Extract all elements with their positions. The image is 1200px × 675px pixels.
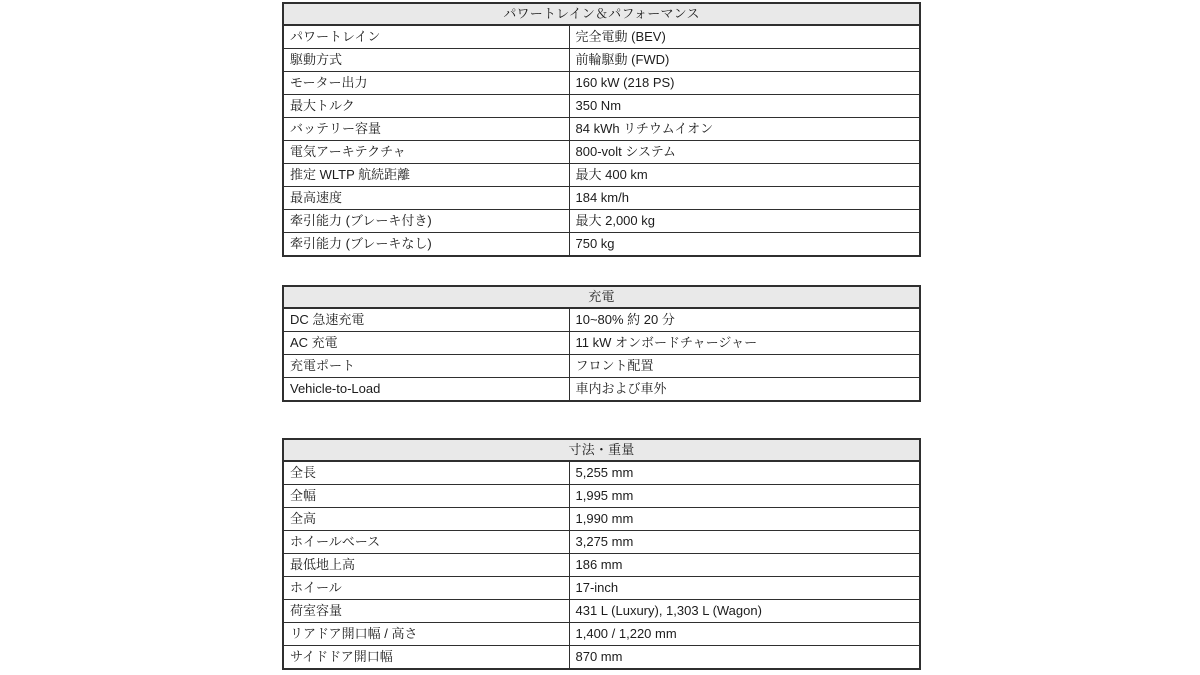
spec-label: Vehicle-to-Load [283, 378, 569, 402]
spec-value: 186 mm [569, 554, 920, 577]
table-title: パワートレイン＆パフォーマンス [283, 3, 920, 25]
table-row: 電気アーキテクチャ 800-volt システム [283, 141, 920, 164]
spec-label: AC 充電 [283, 332, 569, 355]
spec-value: 870 mm [569, 646, 920, 670]
spec-value: 184 km/h [569, 187, 920, 210]
table-row: 最大トルク 350 Nm [283, 95, 920, 118]
spec-label: 最高速度 [283, 187, 569, 210]
spec-value: 431 L (Luxury), 1,303 L (Wagon) [569, 600, 920, 623]
table-row: 牽引能力 (ブレーキなし) 750 kg [283, 233, 920, 257]
spec-value: 800-volt システム [569, 141, 920, 164]
spec-value: 車内および車外 [569, 378, 920, 402]
table-header-row: 寸法・重量 [283, 439, 920, 461]
table-row: リアドア開口幅 / 高さ 1,400 / 1,220 mm [283, 623, 920, 646]
spec-label: 最低地上高 [283, 554, 569, 577]
spec-label: 充電ポート [283, 355, 569, 378]
spec-value: 350 Nm [569, 95, 920, 118]
spec-table-charging: 充電 DC 急速充電 10~80% 約 20 分 AC 充電 11 kW オンボ… [282, 285, 921, 402]
spec-value: 5,255 mm [569, 461, 920, 485]
spec-label: 全幅 [283, 485, 569, 508]
spec-label: 推定 WLTP 航続距離 [283, 164, 569, 187]
table-title: 寸法・重量 [283, 439, 920, 461]
spec-value: 10~80% 約 20 分 [569, 308, 920, 332]
table-row: サイドドア開口幅 870 mm [283, 646, 920, 670]
table-row: DC 急速充電 10~80% 約 20 分 [283, 308, 920, 332]
spec-value: 11 kW オンボードチャージャー [569, 332, 920, 355]
table-title: 充電 [283, 286, 920, 308]
spec-value: 最大 400 km [569, 164, 920, 187]
table-row: 荷室容量 431 L (Luxury), 1,303 L (Wagon) [283, 600, 920, 623]
table-row: 全高 1,990 mm [283, 508, 920, 531]
spec-label: バッテリー容量 [283, 118, 569, 141]
spec-value: 最大 2,000 kg [569, 210, 920, 233]
spec-value: 84 kWh リチウムイオン [569, 118, 920, 141]
spec-label: リアドア開口幅 / 高さ [283, 623, 569, 646]
table-row: ホイールベース 3,275 mm [283, 531, 920, 554]
table-row: AC 充電 11 kW オンボードチャージャー [283, 332, 920, 355]
spec-label: 牽引能力 (ブレーキなし) [283, 233, 569, 257]
spec-label: モーター出力 [283, 72, 569, 95]
table-row: バッテリー容量 84 kWh リチウムイオン [283, 118, 920, 141]
table-row: 牽引能力 (ブレーキ付き) 最大 2,000 kg [283, 210, 920, 233]
table-row: ホイール 17-inch [283, 577, 920, 600]
page: パワートレイン＆パフォーマンス パワートレイン 完全電動 (BEV) 駆動方式 … [0, 0, 1200, 675]
spec-table-dimensions: 寸法・重量 全長 5,255 mm 全幅 1,995 mm 全高 1,990 m… [282, 438, 921, 670]
table-row: Vehicle-to-Load 車内および車外 [283, 378, 920, 402]
spec-value: 1,995 mm [569, 485, 920, 508]
spec-label: 全高 [283, 508, 569, 531]
spec-value: 160 kW (218 PS) [569, 72, 920, 95]
spec-label: 牽引能力 (ブレーキ付き) [283, 210, 569, 233]
spec-label: 電気アーキテクチャ [283, 141, 569, 164]
table-row: 最低地上高 186 mm [283, 554, 920, 577]
spec-label: 駆動方式 [283, 49, 569, 72]
spec-value: フロント配置 [569, 355, 920, 378]
spec-value: 1,990 mm [569, 508, 920, 531]
table-header-row: 充電 [283, 286, 920, 308]
table-row: 駆動方式 前輪駆動 (FWD) [283, 49, 920, 72]
spec-value: 3,275 mm [569, 531, 920, 554]
table-row: 最高速度 184 km/h [283, 187, 920, 210]
spec-label: 荷室容量 [283, 600, 569, 623]
spec-value: 完全電動 (BEV) [569, 25, 920, 49]
table-row: モーター出力 160 kW (218 PS) [283, 72, 920, 95]
spec-label: 全長 [283, 461, 569, 485]
table-row: 全長 5,255 mm [283, 461, 920, 485]
spec-value: 17-inch [569, 577, 920, 600]
table-header-row: パワートレイン＆パフォーマンス [283, 3, 920, 25]
table-row: 全幅 1,995 mm [283, 485, 920, 508]
spec-label: 最大トルク [283, 95, 569, 118]
spec-label: パワートレイン [283, 25, 569, 49]
spec-value: 750 kg [569, 233, 920, 257]
table-row: パワートレイン 完全電動 (BEV) [283, 25, 920, 49]
spec-label: DC 急速充電 [283, 308, 569, 332]
spec-label: サイドドア開口幅 [283, 646, 569, 670]
spec-label: ホイールベース [283, 531, 569, 554]
spec-value: 前輪駆動 (FWD) [569, 49, 920, 72]
spec-label: ホイール [283, 577, 569, 600]
spec-value: 1,400 / 1,220 mm [569, 623, 920, 646]
table-row: 推定 WLTP 航続距離 最大 400 km [283, 164, 920, 187]
spec-table-powertrain: パワートレイン＆パフォーマンス パワートレイン 完全電動 (BEV) 駆動方式 … [282, 2, 921, 257]
table-row: 充電ポート フロント配置 [283, 355, 920, 378]
